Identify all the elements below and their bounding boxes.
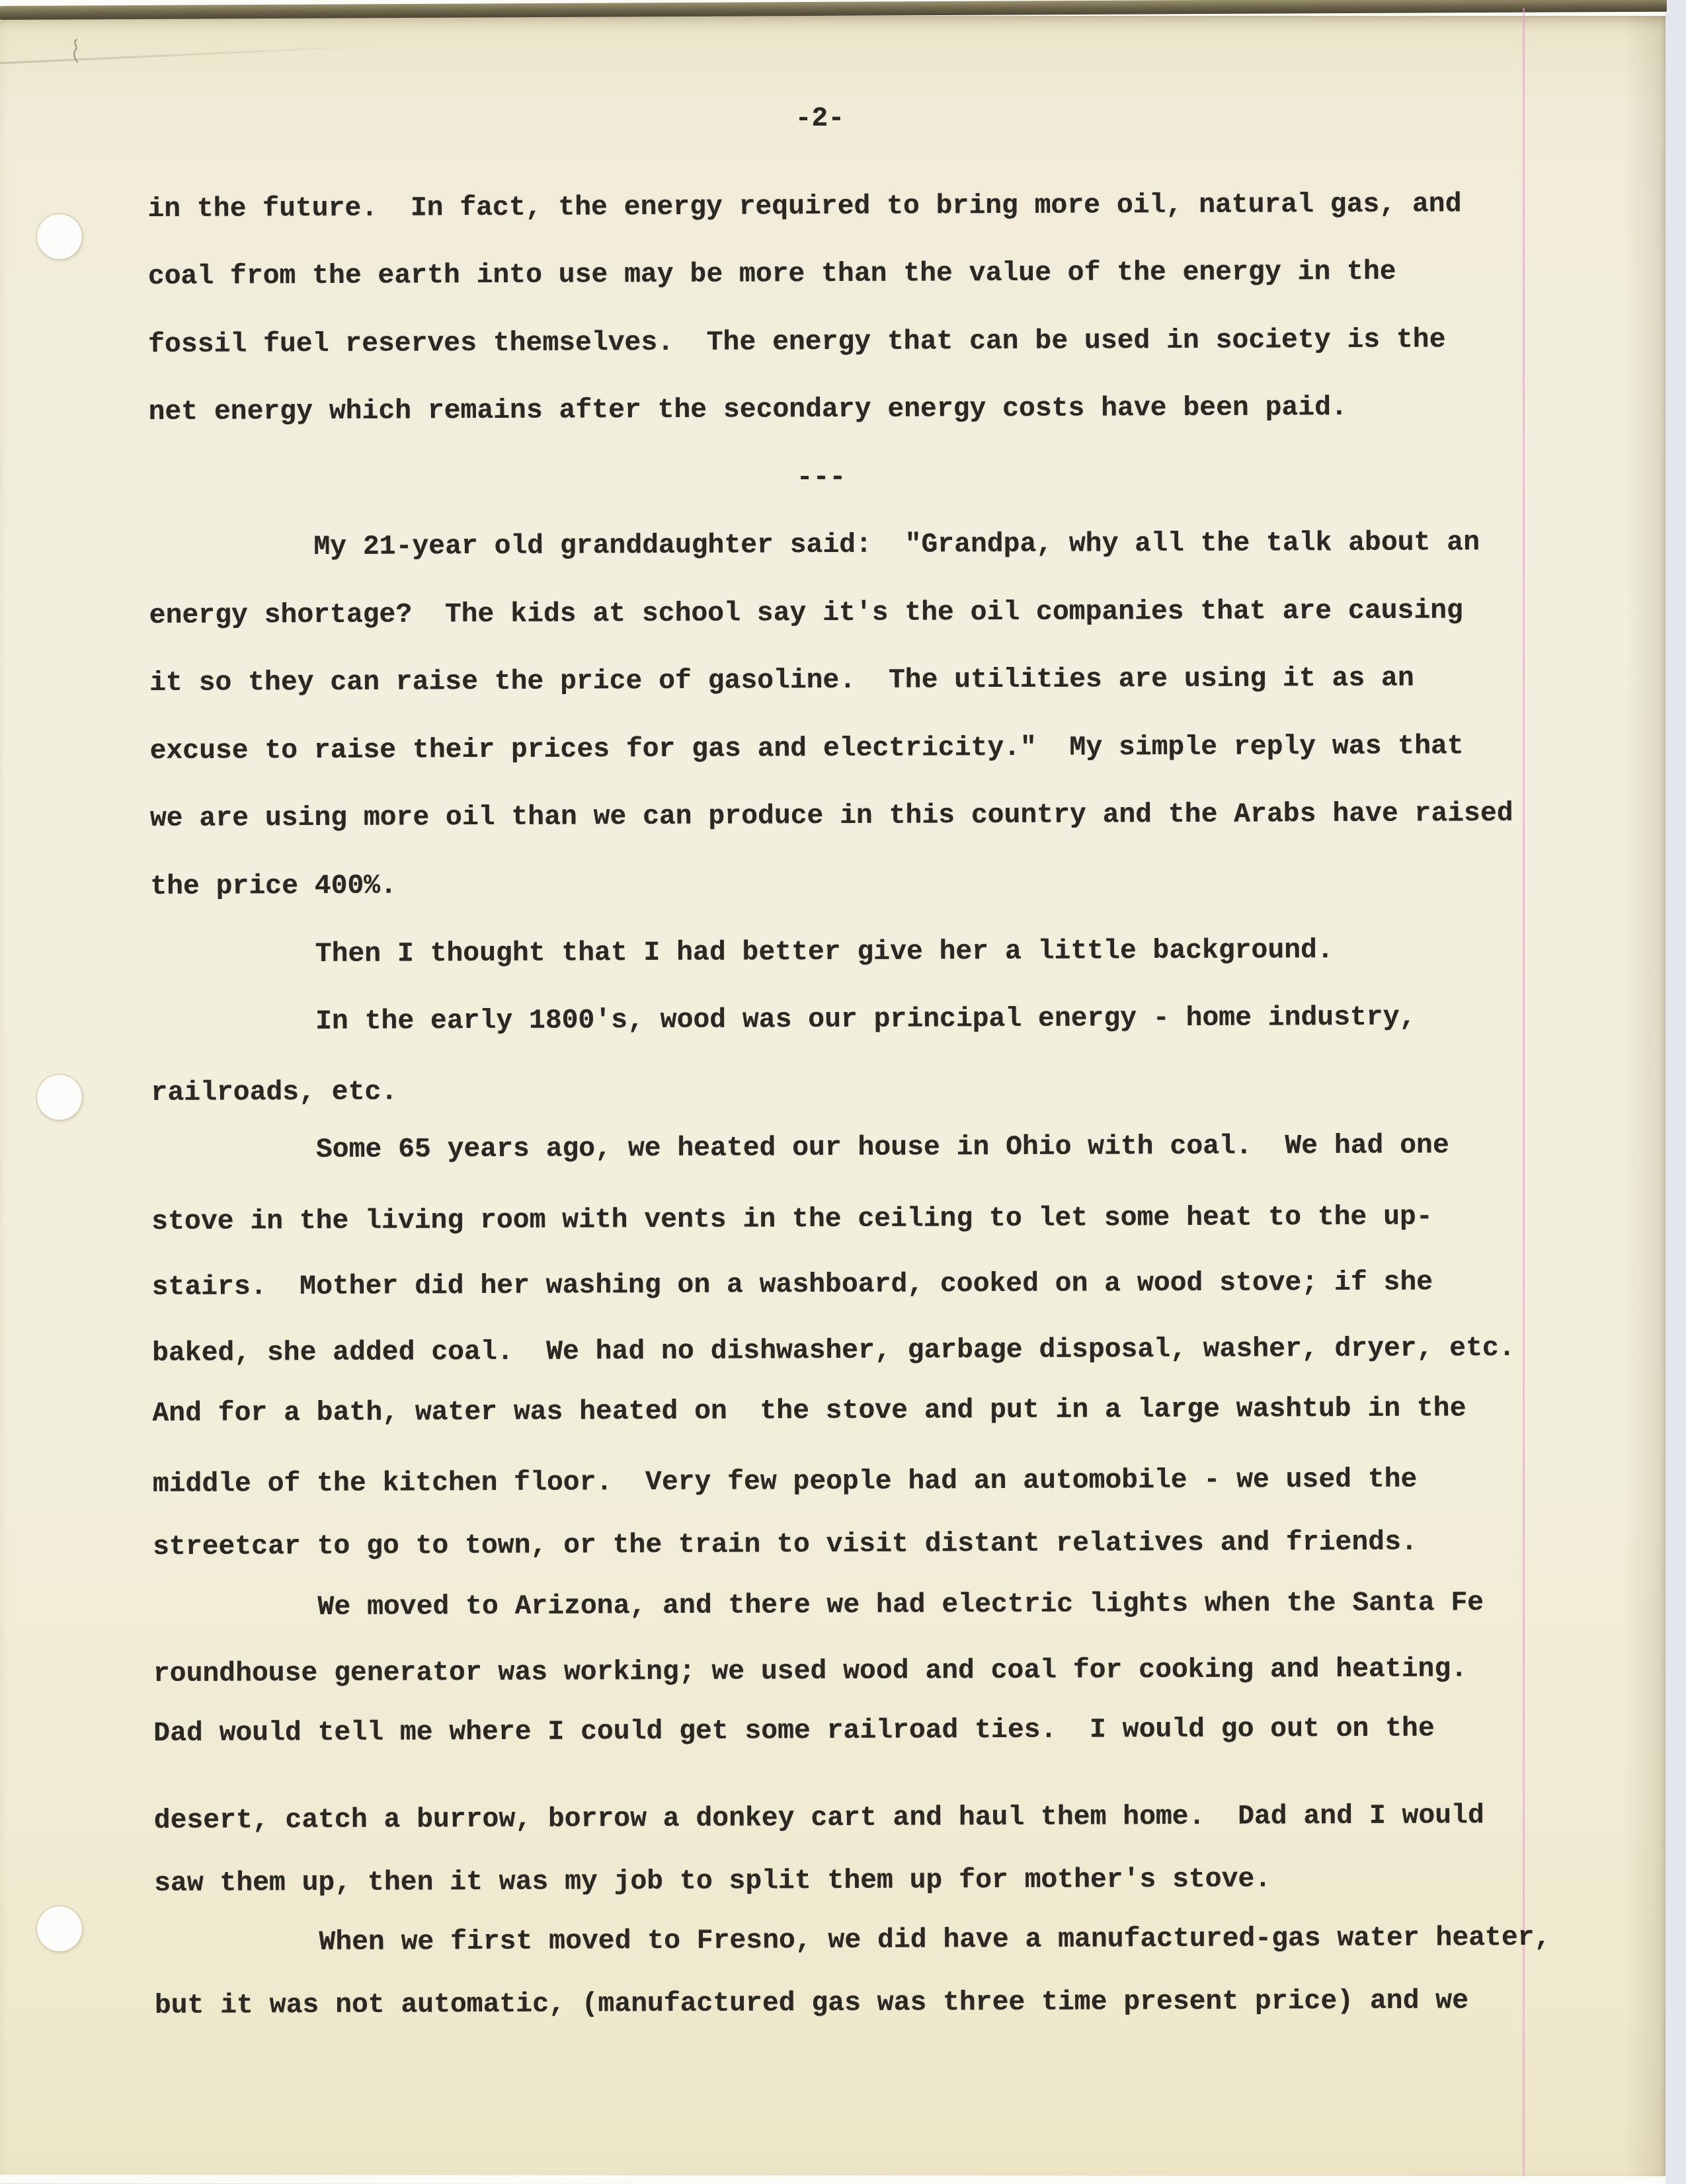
- text-line: it so they can raise the price of gasoli…: [149, 664, 1414, 699]
- text-line: energy shortage? The kids at school say …: [149, 596, 1463, 631]
- text-line: the price 400%.: [150, 871, 397, 902]
- page-number: -2-: [147, 101, 1492, 137]
- text-line: coal from the earth into use may be more…: [148, 257, 1396, 292]
- text-line: And for a bath, water was heated on the …: [152, 1393, 1466, 1429]
- text-line: We moved to Arizona, and there we had el…: [317, 1588, 1484, 1623]
- text-line: roundhouse generator was working; we use…: [153, 1654, 1467, 1690]
- text-line: but it was not automatic, (manufactured …: [155, 1986, 1468, 2021]
- text-line: in the future. In fact, the energy requi…: [147, 189, 1461, 225]
- text-line: desert, catch a burrow, borrow a donkey …: [154, 1801, 1484, 1836]
- typewritten-text: -2- in the future. In fact, the energy r…: [0, 0, 1686, 2184]
- text-line: My 21-year old granddaughter said: "Gran…: [313, 527, 1480, 563]
- text-line: In the early 1800's, wood was our princi…: [315, 1003, 1416, 1037]
- text-line: streetcar to go to town, or the train to…: [153, 1528, 1418, 1563]
- text-line: we are using more oil than we can produc…: [150, 799, 1513, 834]
- text-line: fossil fuel reserves themselves. The ene…: [148, 325, 1445, 360]
- text-line: excuse to raise their prices for gas and…: [150, 731, 1464, 767]
- text-line: middle of the kitchen floor. Very few pe…: [153, 1465, 1418, 1500]
- text-line: stove in the living room with vents in t…: [151, 1202, 1433, 1237]
- text-line: Dad would tell me where I could get some…: [153, 1713, 1435, 1748]
- text-line: Some 65 years ago, we heated our house i…: [316, 1130, 1449, 1165]
- text-line: Then I thought that I had better give he…: [315, 935, 1334, 970]
- text-line: When we first moved to Fresno, we did ha…: [319, 1923, 1550, 1958]
- text-line: saw them up, then it was my job to split…: [154, 1864, 1271, 1898]
- text-line: baked, she added coal. We had no dishwas…: [152, 1333, 1515, 1369]
- text-line: stairs. Mother did her washing on a wash…: [152, 1267, 1433, 1302]
- text-line: net energy which remains after the secon…: [149, 393, 1347, 428]
- section-separator: ---: [149, 460, 1494, 496]
- text-line: railroads, etc.: [151, 1077, 397, 1108]
- scanner-edge-bottom: [0, 2175, 1666, 2184]
